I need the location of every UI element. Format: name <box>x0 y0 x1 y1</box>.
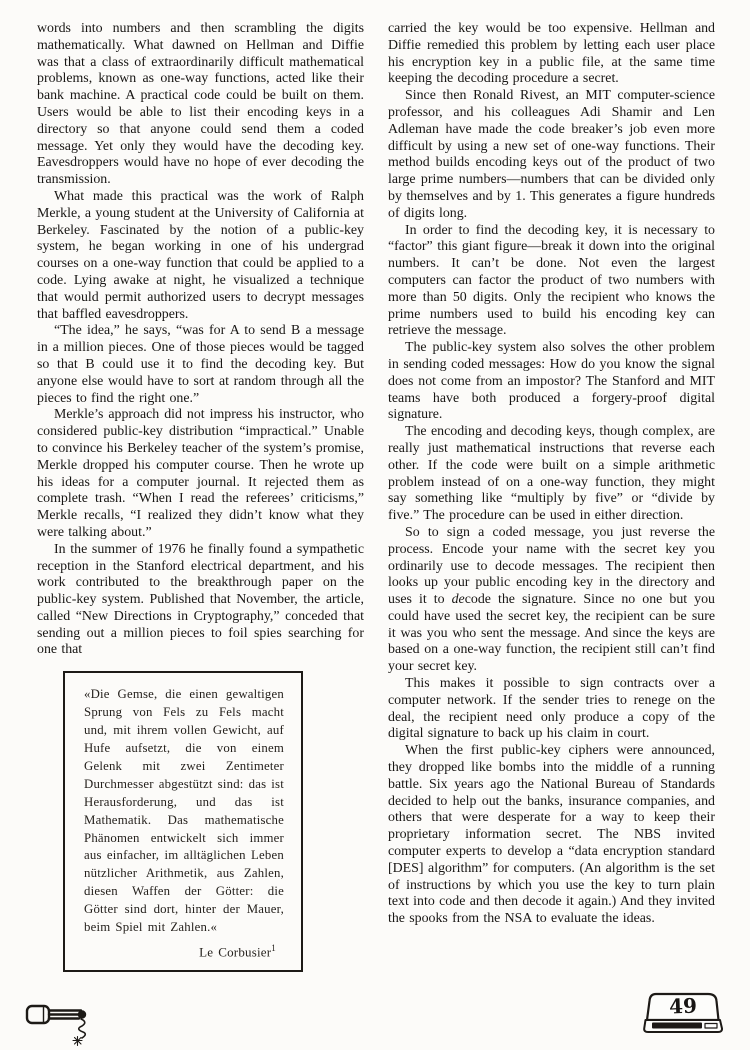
body-paragraph: In the summer of 1976 he finally found a… <box>37 542 364 660</box>
attribution-name: Le Corbusier <box>199 944 271 959</box>
body-paragraph: In order to find the decoding key, it is… <box>388 223 715 341</box>
footnote-superscript: 1 <box>271 943 276 953</box>
body-paragraph: carried the key would be too expensive. … <box>388 21 715 88</box>
quote-attribution: Le Corbusier1 <box>84 940 284 961</box>
quote-box: «Die Gemse, die einen gewaltigen Sprung … <box>63 671 303 972</box>
quote-text: «Die Gemse, die einen gewaltigen Sprung … <box>84 686 284 937</box>
body-paragraph: What made this practical was the work of… <box>37 189 364 323</box>
italic-text-run: de <box>452 592 465 607</box>
left-column: words into numbers and then scrambling t… <box>37 21 364 972</box>
computer-terminal-icon: 49 <box>642 991 724 1037</box>
body-paragraph: The public-key system also solves the ot… <box>388 340 715 424</box>
body-paragraph: This makes it possible to sign contracts… <box>388 676 715 743</box>
two-column-text-block: words into numbers and then scrambling t… <box>0 0 750 972</box>
body-paragraph: words into numbers and then scrambling t… <box>37 21 364 189</box>
body-paragraph: When the first public-key ciphers were a… <box>388 743 715 928</box>
body-paragraph: “The idea,” he says, “was for A to send … <box>37 323 364 407</box>
body-paragraph: Since then Ronald Rivest, an MIT compute… <box>388 88 715 222</box>
right-column: carried the key would be too expensive. … <box>388 21 715 972</box>
smoking-gun-doodle-icon <box>24 997 96 1047</box>
magazine-page: words into numbers and then scrambling t… <box>0 0 750 1050</box>
body-paragraph: The encoding and decoding keys, though c… <box>388 424 715 525</box>
body-paragraph: Merkle’s approach did not impress his in… <box>37 407 364 541</box>
page-number: 49 <box>648 993 719 1019</box>
body-paragraph: So to sign a coded message, you just rev… <box>388 525 715 676</box>
